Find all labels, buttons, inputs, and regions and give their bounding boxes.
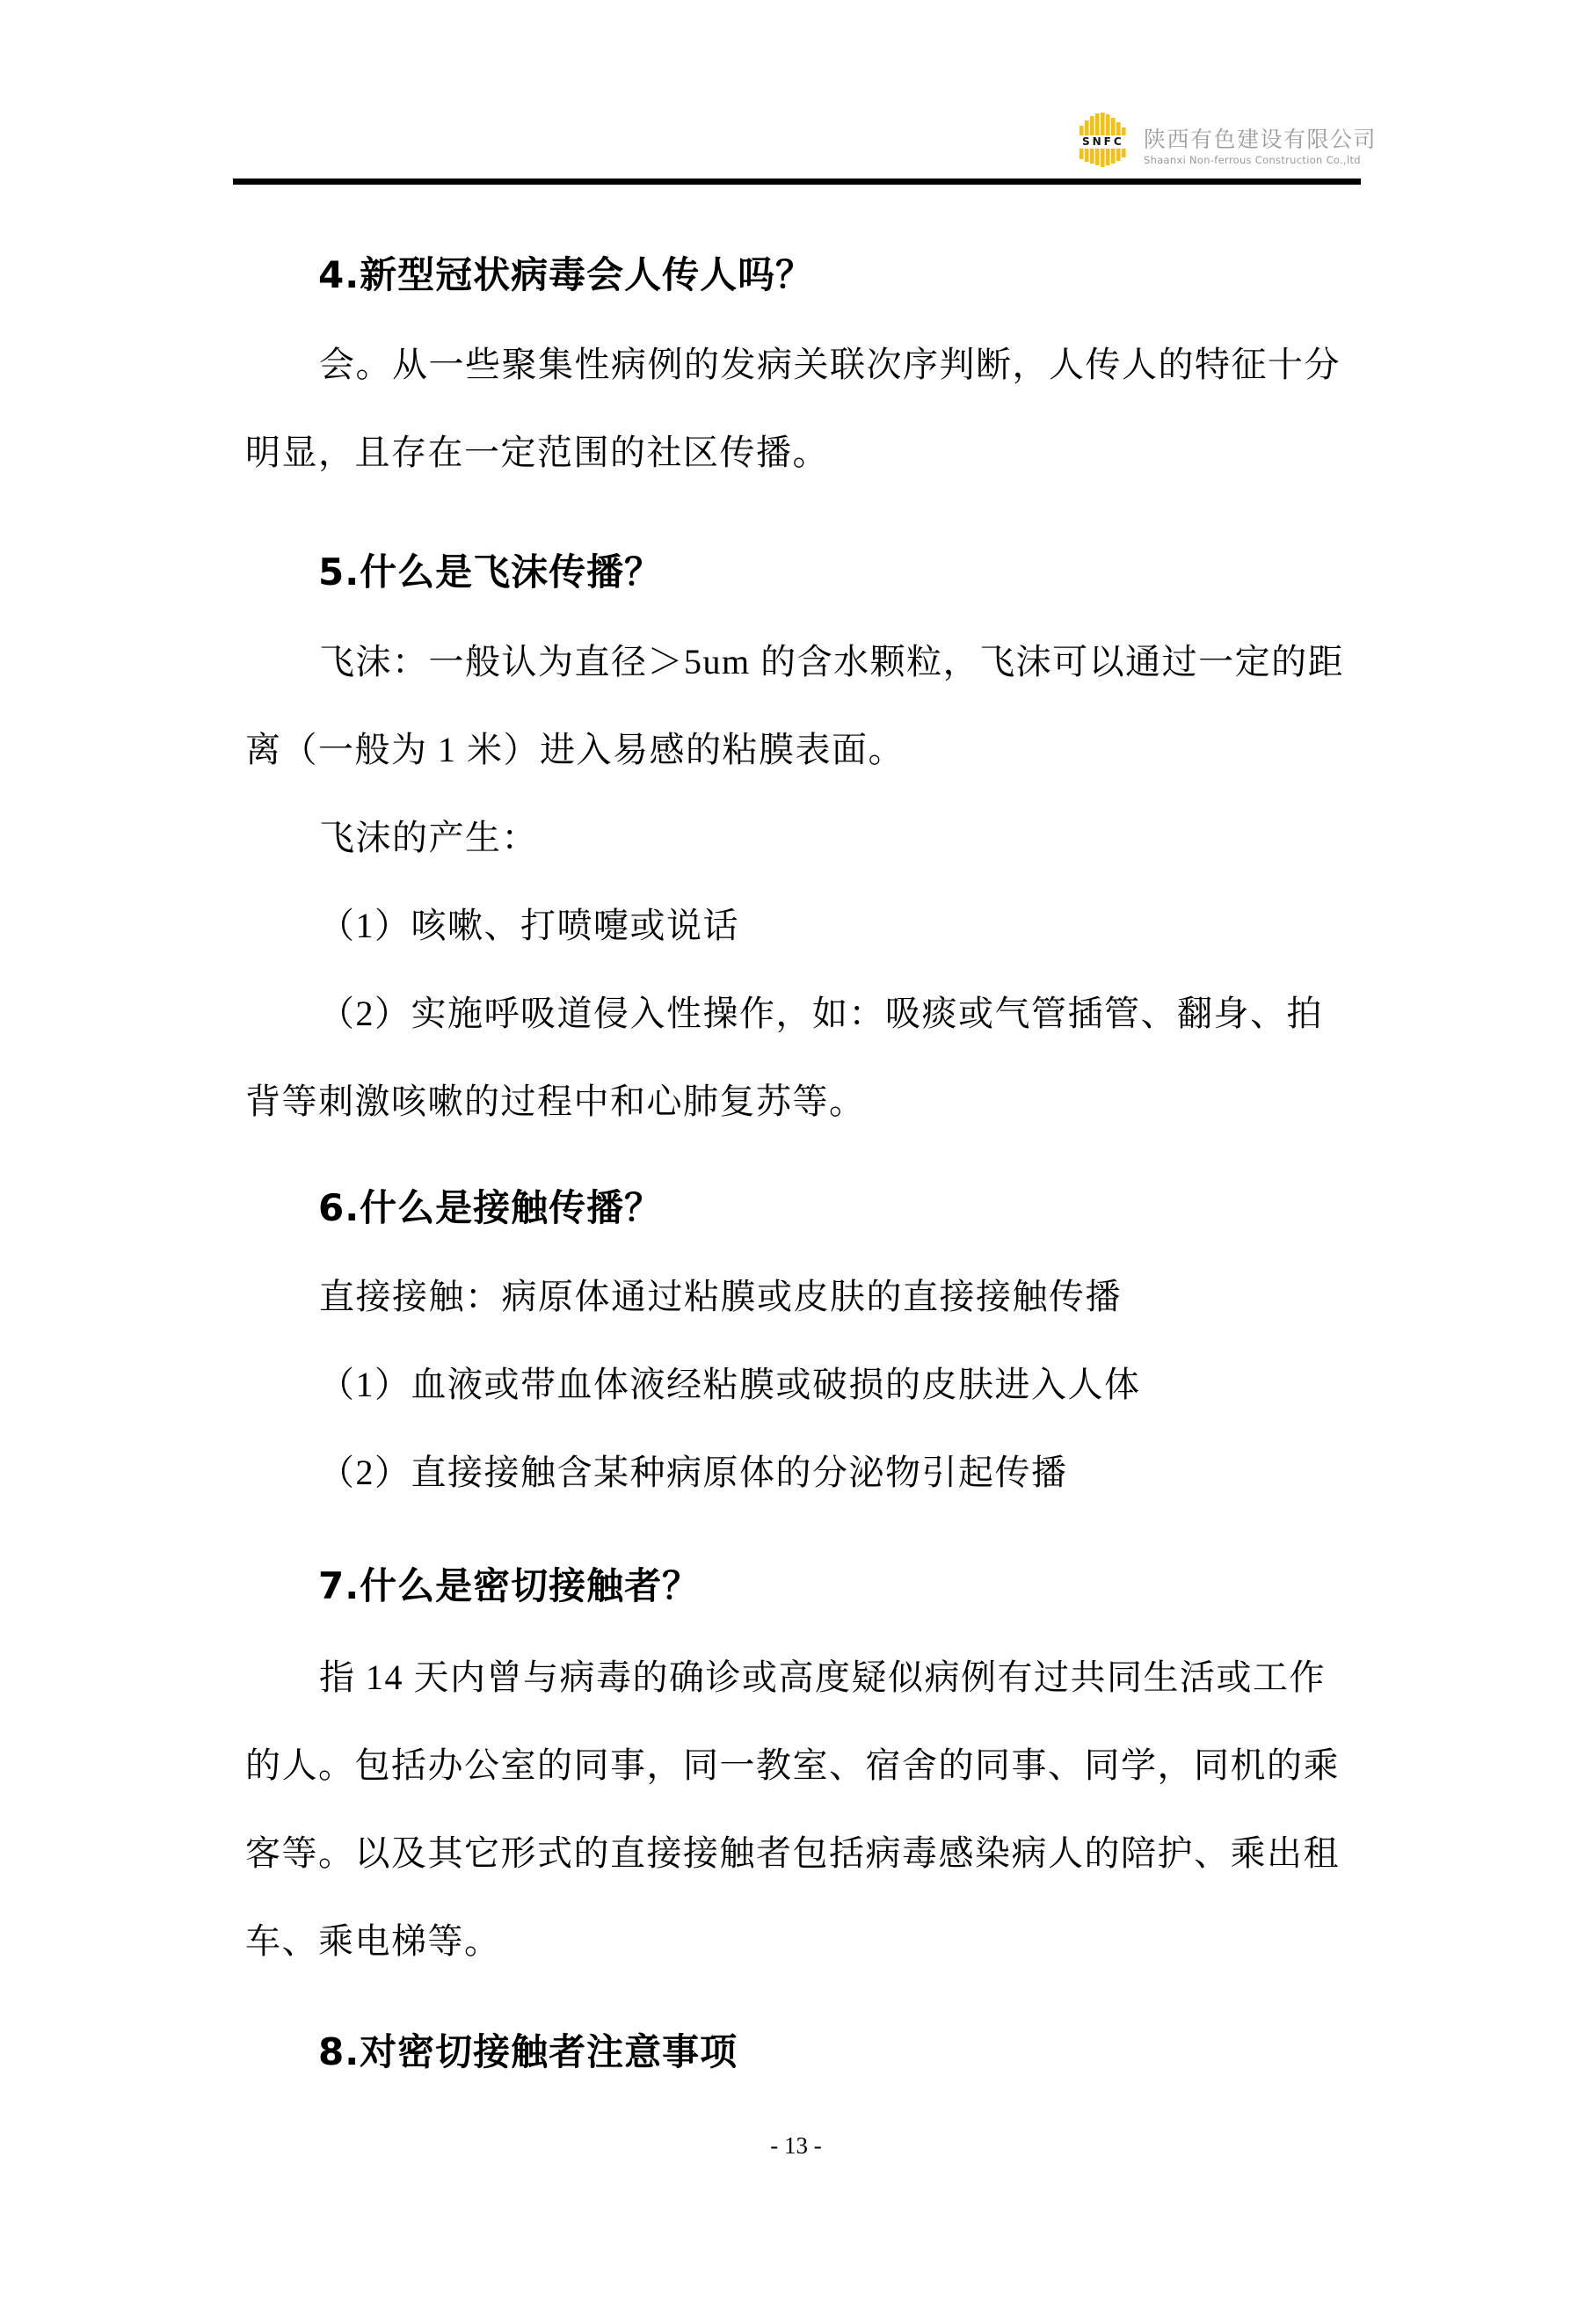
text-line: 背等刺激咳嗽的过程中和心肺复苏等。 xyxy=(245,1058,1370,1146)
company-name-cn: 陕西有色建设有限公司 xyxy=(1144,128,1377,151)
page-number: - 13 - xyxy=(0,2128,1592,2163)
section-7-heading: 7.什么是密切接触者？ xyxy=(318,1560,700,1613)
snfc-logo-icon: SNFC xyxy=(1080,113,1129,167)
company-name-en: Shaanxi Non-ferrous Construction Co.,ltd xyxy=(1144,155,1377,165)
logo-abbr-text: SNFC xyxy=(1080,135,1128,149)
text-line: 会。从一些聚集性病例的发病关联次序判断，人传人的特征十分 xyxy=(245,321,1370,409)
section-4-heading: 4.新型冠状病毒会人传人吗？ xyxy=(318,249,813,302)
logo-text: 陕西有色建设有限公司 Shaanxi Non-ferrous Construct… xyxy=(1144,128,1377,165)
company-logo: SNFC 陕西有色建设有限公司 Shaanxi Non-ferrous Cons… xyxy=(1080,113,1377,167)
text-line: 飞沫的产生： xyxy=(245,794,1370,882)
text-line: 车、乘电梯等。 xyxy=(245,1898,1370,1985)
header-rule xyxy=(233,178,1361,185)
section-8-heading: 8.对密切接触者注意事项 xyxy=(318,2026,738,2079)
section-5-body: 飞沫：一般认为直径＞5um 的含水颗粒，飞沫可以通过一定的距 离（一般为 1 米… xyxy=(245,618,1370,1146)
text-line: 飞沫：一般认为直径＞5um 的含水颗粒，飞沫可以通过一定的距 xyxy=(245,618,1370,706)
text-line: （1）咳嗽、打喷嚏或说话 xyxy=(245,882,1370,970)
section-6-body: 直接接触：病原体通过粘膜或皮肤的直接接触传播 （1）血液或带血体液经粘膜或破损的… xyxy=(245,1253,1370,1517)
text-line: （2）实施呼吸道侵入性操作，如：吸痰或气管插管、翻身、拍 xyxy=(245,970,1370,1058)
text-line: 离（一般为 1 米）进入易感的粘膜表面。 xyxy=(245,706,1370,794)
document-page: SNFC 陕西有色建设有限公司 Shaanxi Non-ferrous Cons… xyxy=(0,0,1592,2324)
text-line: 指 14 天内曾与病毒的确诊或高度疑似病例有过共同生活或工作 xyxy=(245,1634,1370,1722)
section-6-heading: 6.什么是接触传播？ xyxy=(318,1182,662,1235)
section-5-heading: 5.什么是飞沫传播？ xyxy=(318,546,662,599)
text-line: （1）血液或带血体液经粘膜或破损的皮肤进入人体 xyxy=(245,1341,1370,1429)
text-line: 明显，且存在一定范围的社区传播。 xyxy=(245,409,1370,497)
text-line: 客等。以及其它形式的直接接触者包括病毒感染病人的陪护、乘出租 xyxy=(245,1810,1370,1898)
text-line: 的人。包括办公室的同事，同一教室、宿舍的同事、同学，同机的乘 xyxy=(245,1722,1370,1810)
section-4-body: 会。从一些聚集性病例的发病关联次序判断，人传人的特征十分 明显，且存在一定范围的… xyxy=(245,321,1370,497)
section-7-body: 指 14 天内曾与病毒的确诊或高度疑似病例有过共同生活或工作 的人。包括办公室的… xyxy=(245,1634,1370,1985)
text-line: 直接接触：病原体通过粘膜或皮肤的直接接触传播 xyxy=(245,1253,1370,1341)
text-line: （2）直接接触含某种病原体的分泌物引起传播 xyxy=(245,1429,1370,1517)
